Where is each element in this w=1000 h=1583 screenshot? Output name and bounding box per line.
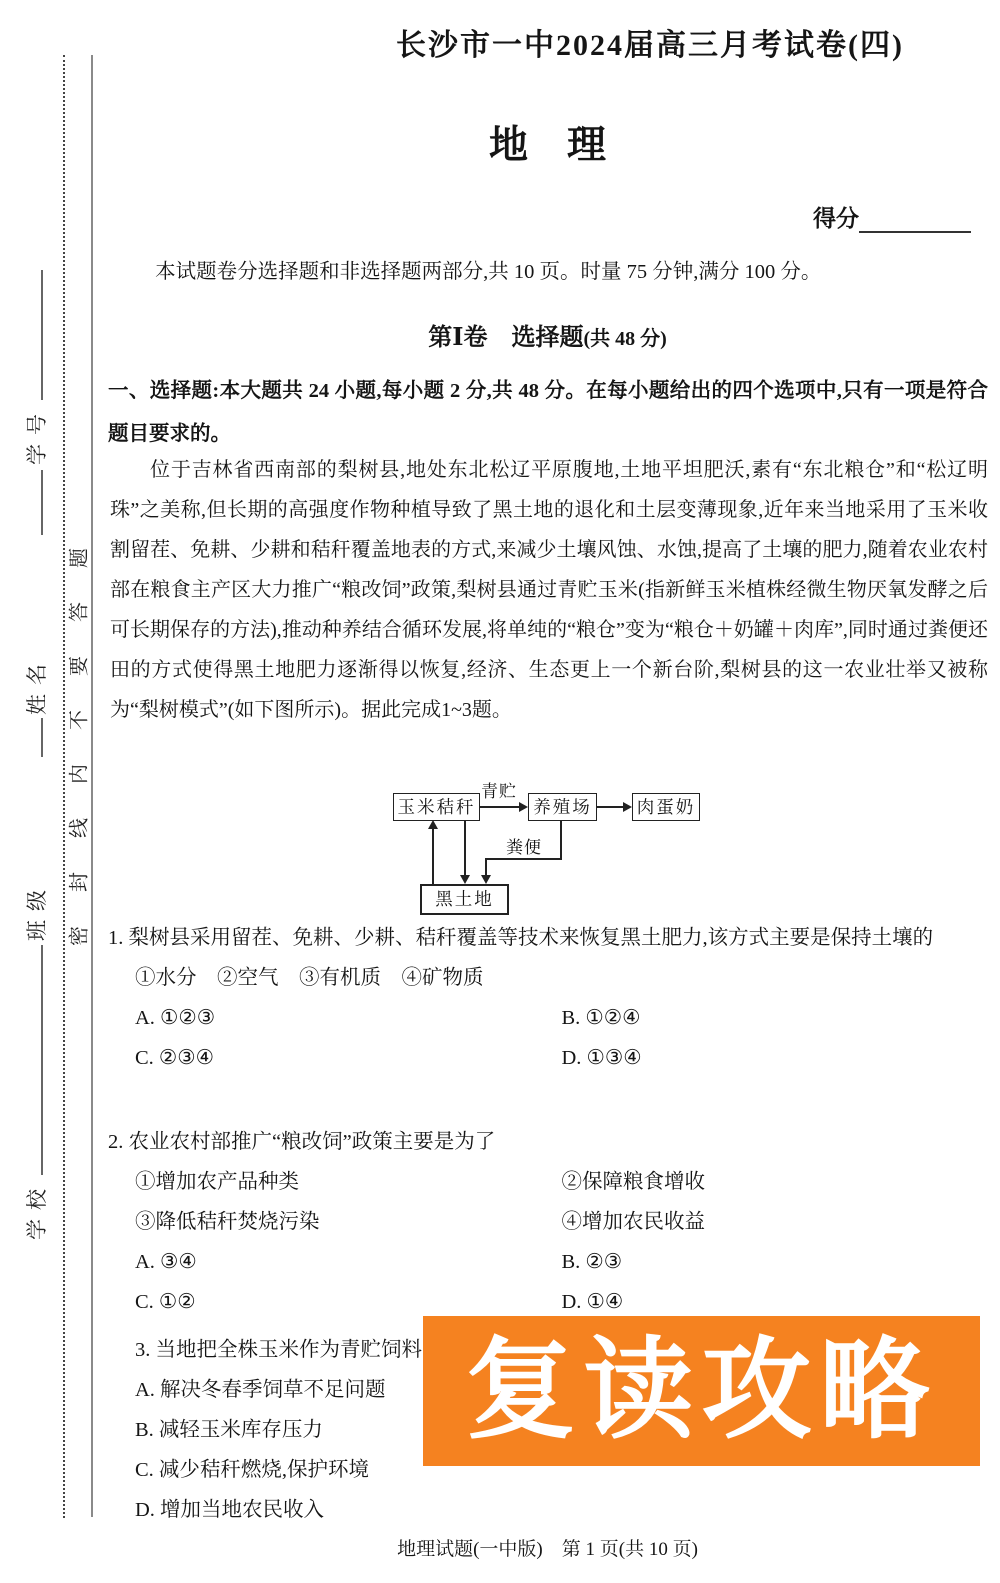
class-label: 班级 — [21, 881, 51, 941]
class-blank-line — [41, 718, 43, 757]
watermark-text: 复读攻略 — [423, 1316, 980, 1466]
corn-to-soil-line — [464, 821, 466, 875]
question-1-option-c: C. ②③④ — [135, 1038, 562, 1078]
student-id-blank-line — [41, 270, 43, 400]
section-title-main: 第Ⅰ卷 选择题 — [428, 325, 583, 351]
seal-instruction-text: 密封线内不要答题 — [63, 514, 92, 946]
diagram-node-farm: 养殖场 — [528, 793, 597, 821]
question-1: 1. 梨树县采用留茬、免耕、少耕、秸秆覆盖等技术来恢复黑土肥力,该方式主要是保持… — [108, 918, 988, 1078]
score-label: 得分 — [813, 206, 859, 231]
question-2-item-4: ④增加农民收益 — [562, 1202, 989, 1242]
page-footer: 地理试题(一中版) 第 1 页(共 10 页) — [110, 1534, 985, 1561]
subject-title: 地 理 — [110, 114, 985, 170]
question-2-item-2: ②保障粮食增收 — [562, 1162, 989, 1202]
exam-paper-page: 学号 姓名 班级 学校 密封线内不要答题 长沙市一中2024届高三月考试卷(四)… — [0, 0, 1000, 1583]
question-3-option-d: D. 增加当地农民收入 — [135, 1490, 988, 1530]
diagram-edge-label-manure: 粪便 — [506, 833, 542, 858]
arrow-farm-to-meat-line — [597, 806, 625, 808]
question-2-item-3: ③降低秸秆焚烧污染 — [135, 1202, 562, 1242]
lishu-model-diagram: 玉米秸秆 养殖场 肉蛋奶 黑土地 青贮 粪便 — [380, 776, 725, 921]
arrow-corn-to-farm-line — [480, 806, 521, 808]
section-instruction: 一、选择题:本大题共 24 小题,每小题 2 分,共 48 分。在每小题给出的四… — [108, 370, 988, 456]
question-2-item-1: ①增加农产品种类 — [135, 1162, 562, 1202]
corn-to-soil-arrow-head — [460, 875, 470, 884]
diagram-node-meat-egg-milk: 肉蛋奶 — [632, 793, 700, 821]
question-2: 2. 农业农村部推广“粮改饲”政策主要是为了 ①增加农产品种类 ②保障粮食增收 … — [108, 1122, 988, 1322]
soil-to-corn-line — [432, 828, 434, 884]
manure-path-horizontal — [485, 858, 562, 860]
score-field: 得分 — [813, 200, 971, 233]
diagram-node-corn-stalk: 玉米秸秆 — [393, 793, 480, 821]
manure-arrow-head-down — [481, 875, 491, 884]
question-1-option-a: A. ①②③ — [135, 998, 562, 1038]
section-title-points: (共 48 分) — [583, 328, 666, 350]
question-1-stem: 1. 梨树县采用留茬、免耕、少耕、秸秆覆盖等技术来恢复黑土肥力,该方式主要是保持… — [108, 918, 988, 958]
question-1-option-b: B. ①②④ — [562, 998, 989, 1038]
question-2-option-b: B. ②③ — [562, 1242, 989, 1282]
arrow-farm-to-meat-head — [623, 802, 632, 812]
question-2-option-a: A. ③④ — [135, 1242, 562, 1282]
manure-path-vertical2 — [485, 858, 487, 876]
student-id-label: 学号 — [21, 405, 51, 465]
paper-intro: 本试题卷分选择题和非选择题两部分,共 10 页。时量 75 分钟,满分 100 … — [110, 254, 990, 284]
question-2-stem: 2. 农业农村部推广“粮改饲”政策主要是为了 — [108, 1122, 988, 1162]
name-label: 姓名 — [21, 655, 51, 715]
watermark-banner: 复读攻略 — [423, 1316, 980, 1466]
arrow-corn-to-farm-head — [519, 802, 528, 812]
exam-title: 长沙市一中2024届高三月考试卷(四) — [300, 20, 1000, 64]
score-blank-line — [859, 206, 971, 233]
manure-path-vertical1 — [560, 821, 562, 859]
school-blank-line — [41, 945, 43, 1175]
question-1-items: ①水分 ②空气 ③有机质 ④矿物质 — [135, 958, 988, 998]
school-label: 学校 — [21, 1180, 51, 1240]
reading-passage: 位于吉林省西南部的梨树县,地处东北松辽平原腹地,土地平坦肥沃,素有“东北粮仓”和… — [110, 450, 988, 730]
section-title: 第Ⅰ卷 选择题(共 48 分) — [110, 317, 985, 352]
diagram-edge-label-silage: 青贮 — [481, 777, 517, 802]
diagram-node-black-soil: 黑土地 — [420, 884, 509, 915]
name-blank-line — [41, 470, 43, 535]
soil-to-corn-arrow-head — [428, 820, 438, 829]
question-1-option-d: D. ①③④ — [562, 1038, 989, 1078]
